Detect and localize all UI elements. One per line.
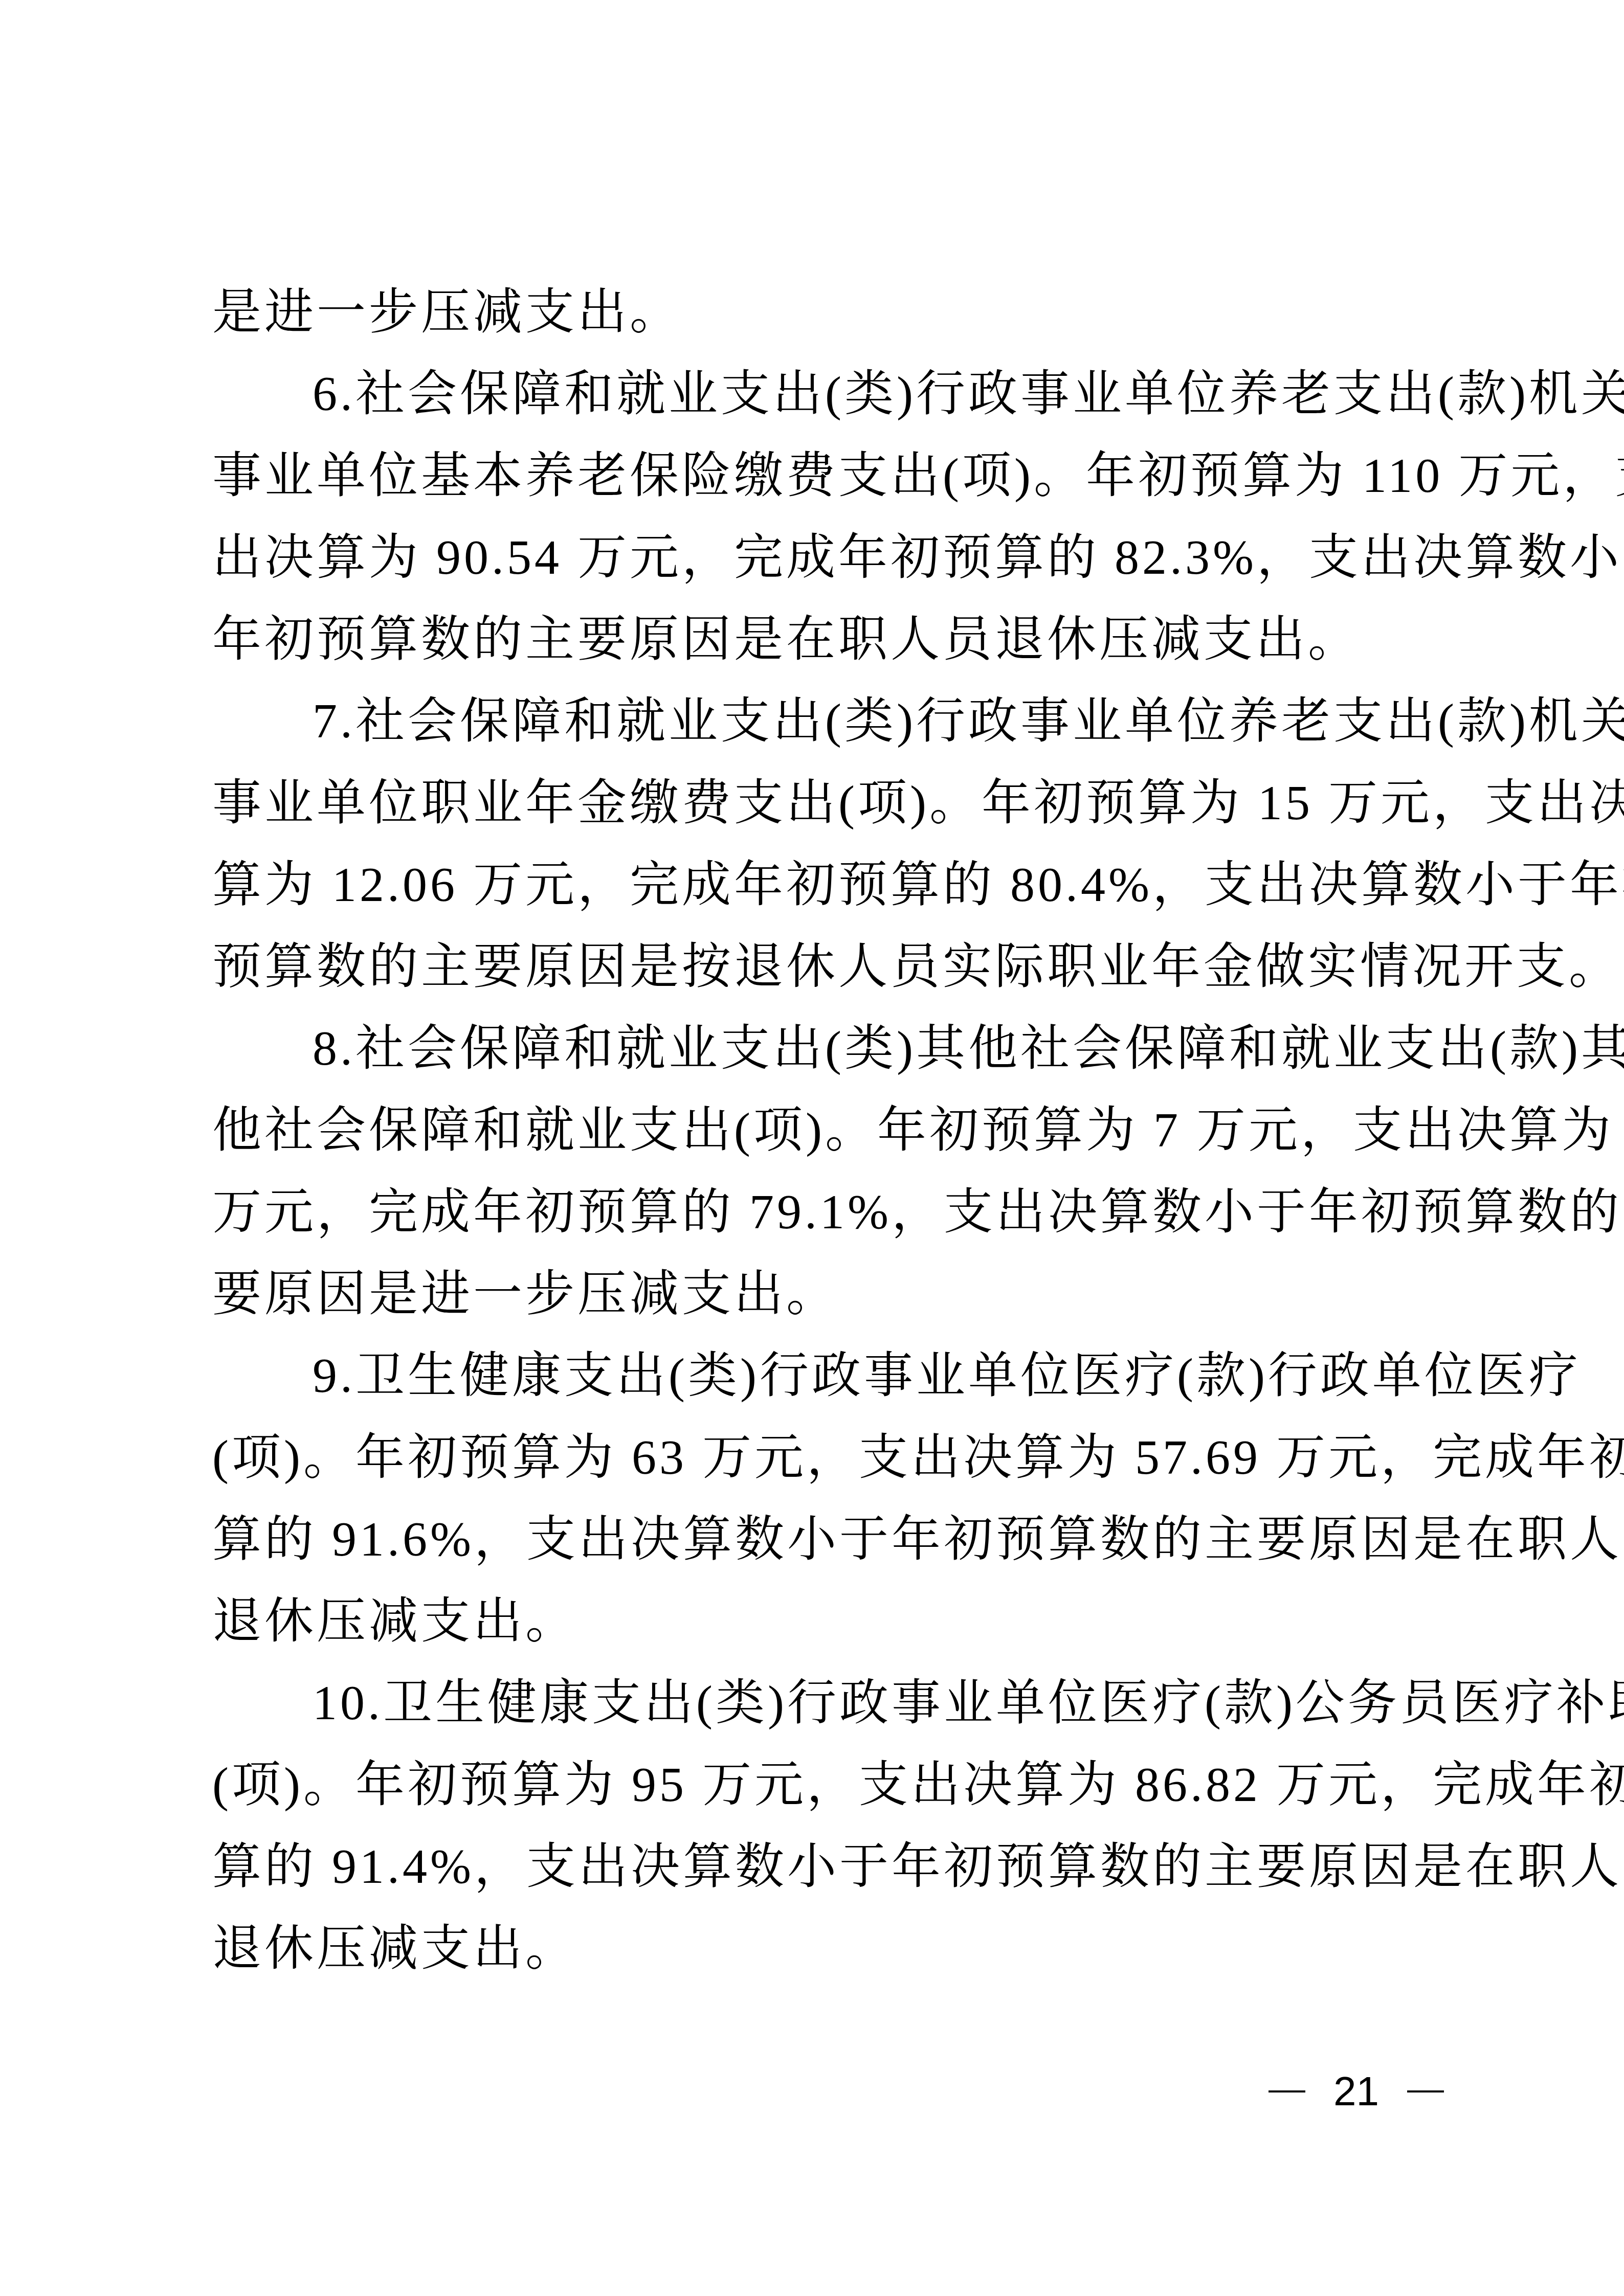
dash-right-divider bbox=[1407, 2090, 1444, 2092]
text-line: 算的 91.4%，支出决算数小于年初预算数的主要原因是在职人员 bbox=[212, 1826, 1425, 1907]
text-line: 事业单位职业年金缴费支出(项)。年初预算为 15 万元，支出决 bbox=[212, 762, 1425, 844]
text-line: 算为 12.06 万元，完成年初预算的 80.4%，支出决算数小于年初 bbox=[212, 844, 1425, 926]
paragraph-item-7: 7.社会保障和就业支出(类)行政事业单位养老支出(款)机关 事业单位职业年金缴费… bbox=[212, 680, 1425, 1007]
text-line: 6.社会保障和就业支出(类)行政事业单位养老支出(款)机关 bbox=[212, 353, 1425, 435]
paragraph-item-6: 6.社会保障和就业支出(类)行政事业单位养老支出(款)机关 事业单位基本养老保险… bbox=[212, 353, 1425, 680]
text-line: (项)。年初预算为 95 万元，支出决算为 86.82 万元，完成年初预 bbox=[212, 1744, 1425, 1826]
page-number-footer: 21 bbox=[1240, 2071, 1472, 2112]
text-line: 7.社会保障和就业支出(类)行政事业单位养老支出(款)机关 bbox=[212, 680, 1425, 762]
text-line: 要原因是进一步压减支出。 bbox=[212, 1253, 1425, 1335]
text-line: 年初预算数的主要原因是在职人员退休压减支出。 bbox=[212, 598, 1425, 680]
text-line: 退休压减支出。 bbox=[212, 1907, 1425, 1989]
paragraph-item-8: 8.社会保障和就业支出(类)其他社会保障和就业支出(款)其 他社会保障和就业支出… bbox=[212, 1007, 1425, 1335]
text-line: 万元，完成年初预算的 79.1%，支出决算数小于年初预算数的主 bbox=[212, 1171, 1425, 1253]
paragraph-item-9: 9.卫生健康支出(类)行政事业单位医疗(款)行政单位医疗 (项)。年初预算为 6… bbox=[212, 1335, 1425, 1662]
text-line: 算的 91.6%，支出决算数小于年初预算数的主要原因是在职人员 bbox=[212, 1498, 1425, 1580]
dash-left-divider bbox=[1269, 2090, 1305, 2092]
paragraph-continuation: 是进一步压减支出。 bbox=[212, 271, 1425, 353]
text-line: 出决算为 90.54 万元，完成年初预算的 82.3%，支出决算数小于 bbox=[212, 516, 1425, 598]
text-line: 8.社会保障和就业支出(类)其他社会保障和就业支出(款)其 bbox=[212, 1007, 1425, 1089]
page-number: 21 bbox=[1333, 2068, 1379, 2115]
text-line: 10.卫生健康支出(类)行政事业单位医疗(款)公务员医疗补助 bbox=[212, 1662, 1425, 1744]
text-line: 是进一步压减支出。 bbox=[212, 271, 1425, 353]
text-line: 9.卫生健康支出(类)行政事业单位医疗(款)行政单位医疗 bbox=[212, 1335, 1425, 1416]
text-line: 退休压减支出。 bbox=[212, 1580, 1425, 1662]
document-body: 是进一步压减支出。 6.社会保障和就业支出(类)行政事业单位养老支出(款)机关 … bbox=[212, 271, 1425, 1989]
text-line: (项)。年初预算为 63 万元，支出决算为 57.69 万元，完成年初预 bbox=[212, 1416, 1425, 1498]
text-line: 事业单位基本养老保险缴费支出(项)。年初预算为 110 万元，支 bbox=[212, 435, 1425, 516]
text-line: 他社会保障和就业支出(项)。年初预算为 7 万元，支出决算为 5.54 bbox=[212, 1089, 1425, 1171]
text-line: 预算数的主要原因是按退休人员实际职业年金做实情况开支。 bbox=[212, 926, 1425, 1007]
paragraph-item-10: 10.卫生健康支出(类)行政事业单位医疗(款)公务员医疗补助 (项)。年初预算为… bbox=[212, 1662, 1425, 1989]
